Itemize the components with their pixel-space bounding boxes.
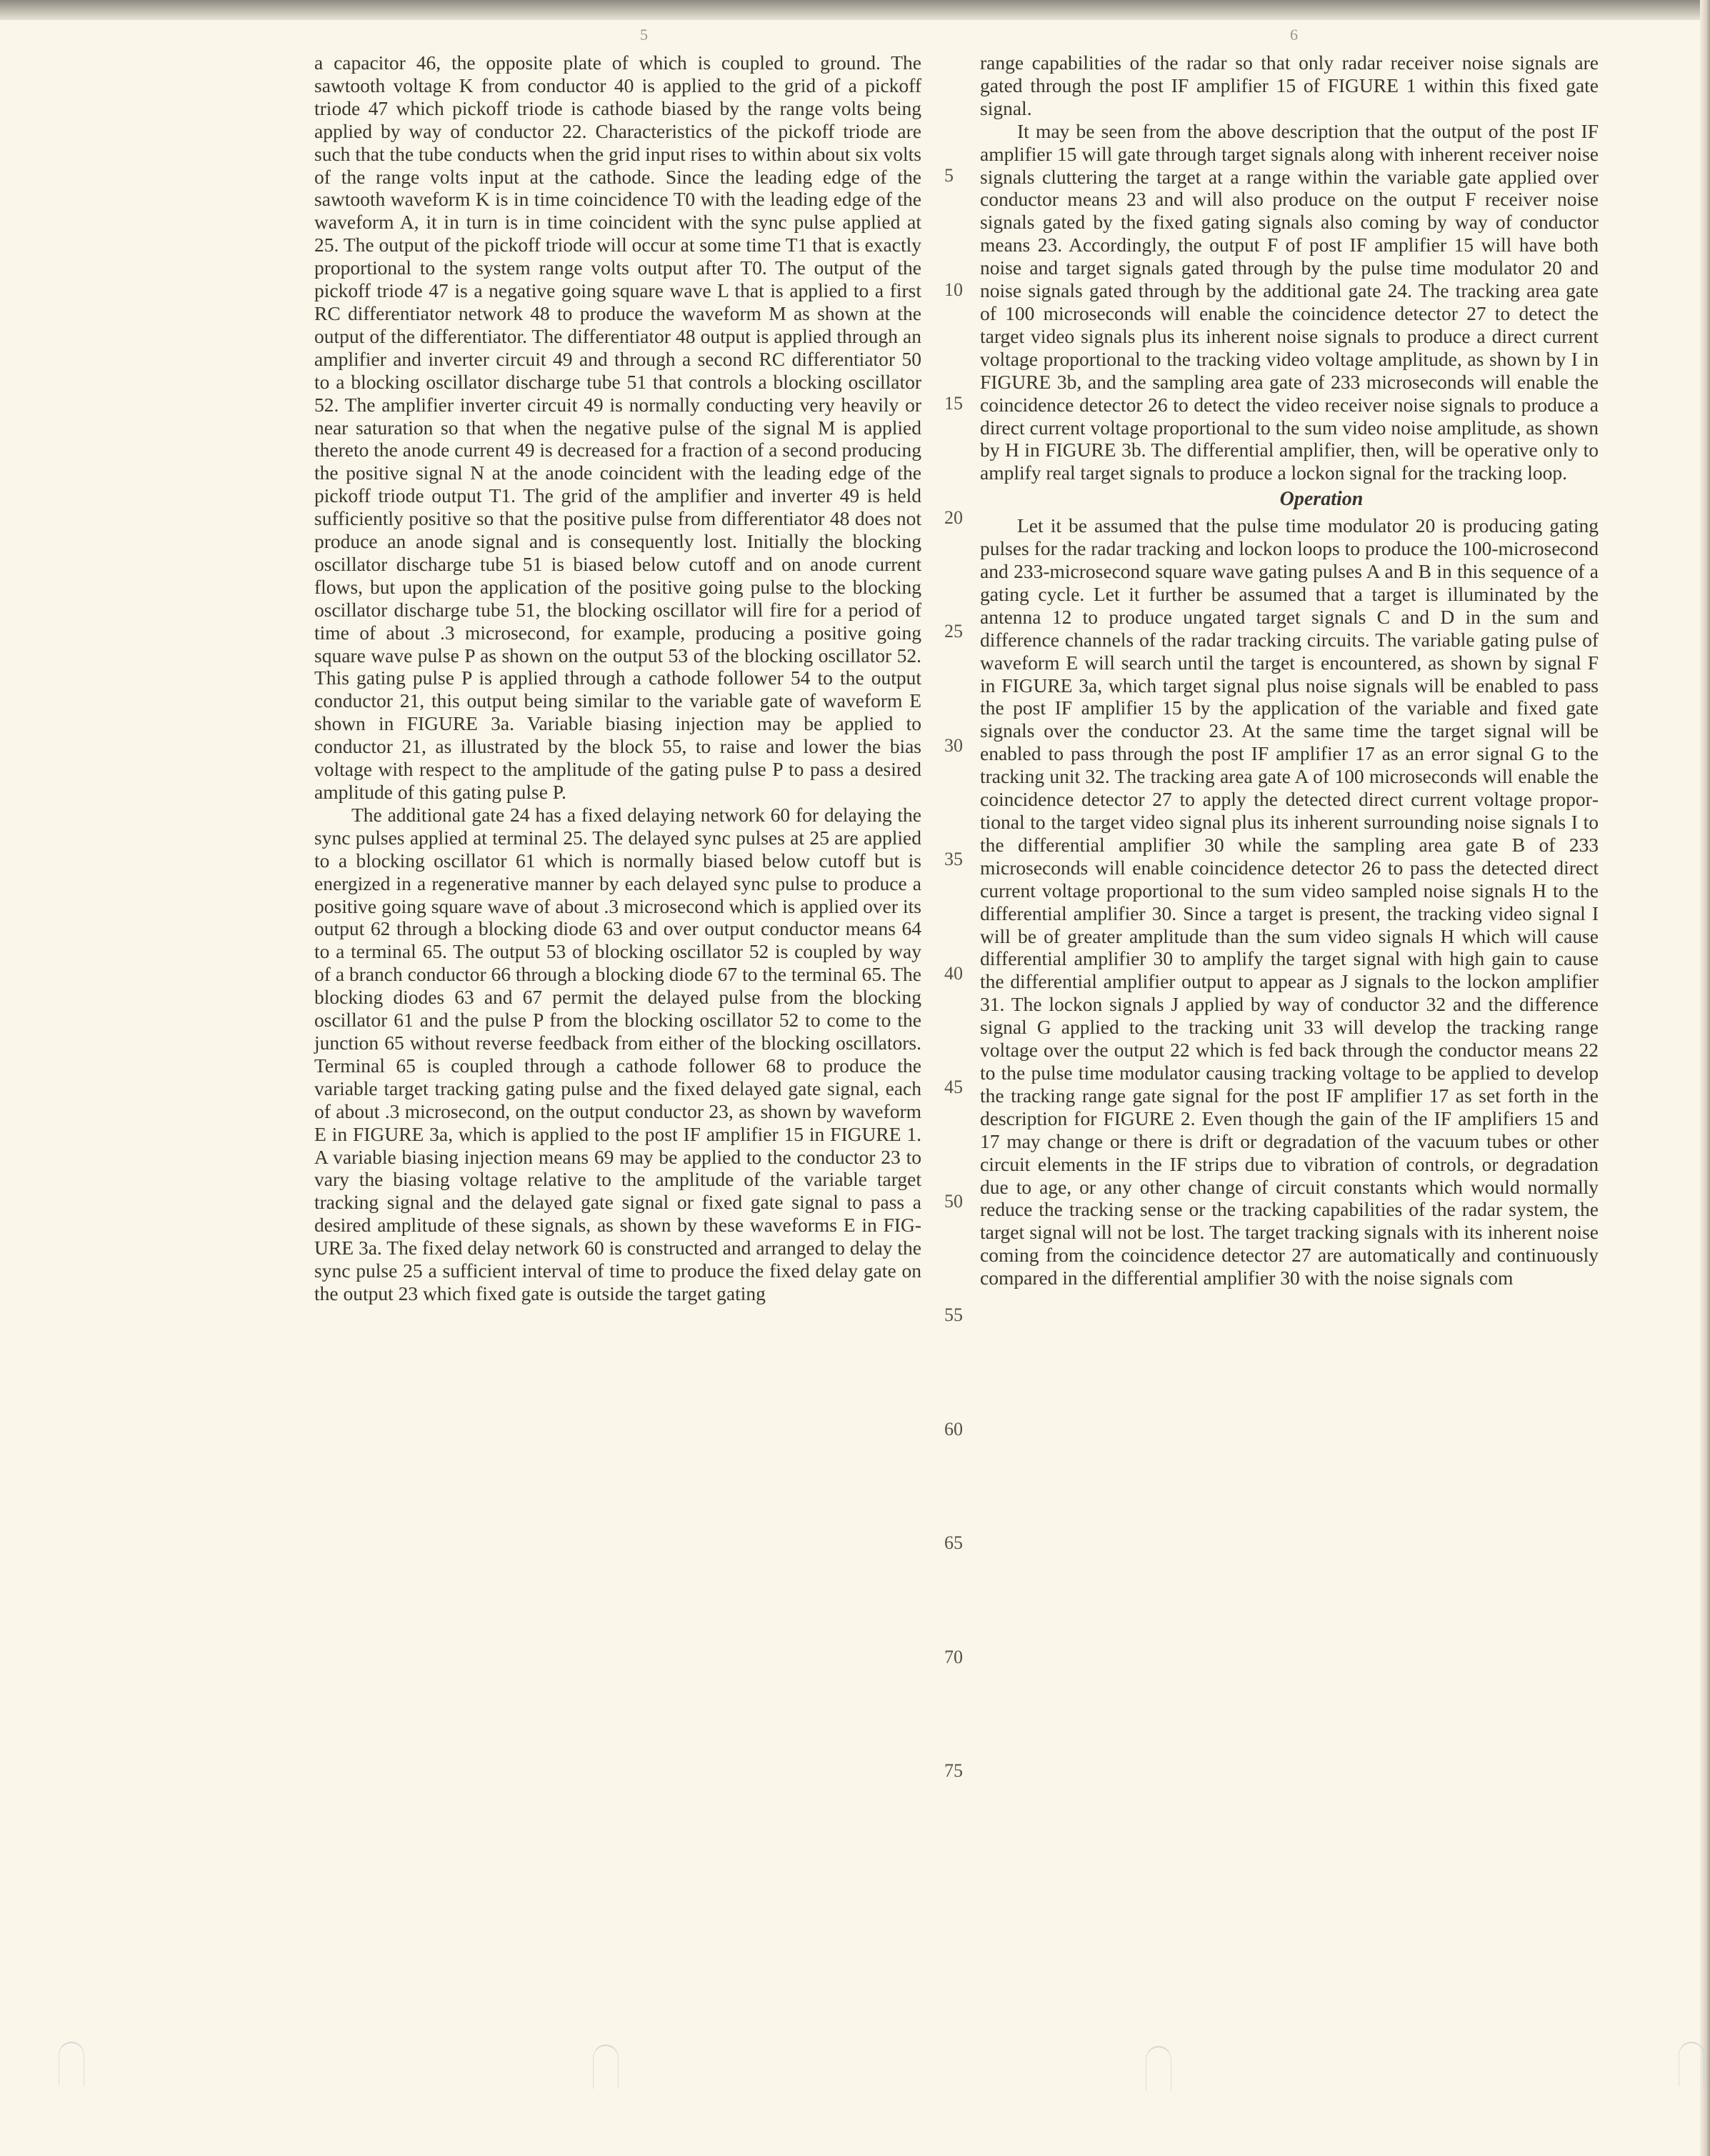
- right-paragraph-2: It may be seen from the above descriptio…: [980, 120, 1599, 485]
- left-paragraph-1: a capacitor 46, the opposite plate of wh…: [314, 51, 921, 804]
- binder-hole-mark: [1679, 2042, 1704, 2086]
- right-paragraph-1: range capabilities of the radar so that …: [980, 51, 1599, 120]
- line-number: 45: [944, 1077, 963, 1098]
- line-number: 5: [944, 165, 954, 186]
- binder-hole-mark: [1146, 2046, 1171, 2090]
- scan-top-edge: [0, 0, 1710, 20]
- line-number: 75: [944, 1760, 963, 1782]
- line-number: 20: [944, 507, 963, 529]
- right-paragraph-3: Let it be assumed that the pulse time mo…: [980, 514, 1599, 1289]
- line-number: 15: [944, 393, 963, 414]
- binder-hole-mark: [59, 2042, 84, 2086]
- column-number-left: 5: [640, 26, 648, 44]
- line-number: 10: [944, 279, 963, 301]
- line-number: 30: [944, 735, 963, 757]
- line-number: 40: [944, 963, 963, 984]
- section-heading-operation: Operation: [980, 484, 1599, 514]
- line-number: 50: [944, 1191, 963, 1212]
- scan-right-edge: [1700, 0, 1710, 2156]
- binder-hole-mark: [593, 2045, 619, 2089]
- line-number: 55: [944, 1304, 963, 1326]
- right-column: range capabilities of the radar so that …: [980, 51, 1599, 1289]
- left-column: a capacitor 46, the opposite plate of wh…: [314, 51, 921, 1305]
- left-paragraph-2: The additional gate 24 has a fixed delay…: [314, 804, 921, 1305]
- line-number: 35: [944, 849, 963, 870]
- column-number-right: 6: [1290, 26, 1298, 44]
- line-number: 60: [944, 1419, 963, 1440]
- line-number: 25: [944, 621, 963, 642]
- line-number: 70: [944, 1647, 963, 1668]
- line-number: 65: [944, 1532, 963, 1554]
